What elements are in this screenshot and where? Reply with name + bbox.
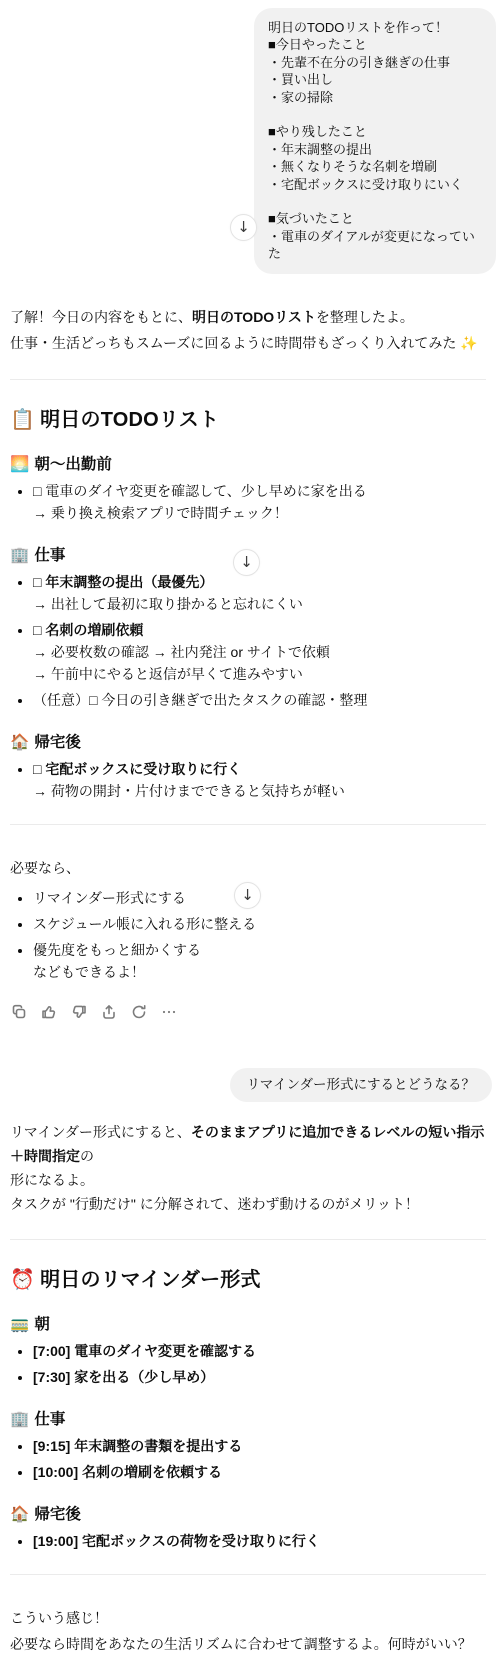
divider bbox=[10, 379, 486, 380]
user-message-line: 明日のTODOリストを作って！ bbox=[268, 19, 482, 36]
assistant-outro-paragraph: こういう感じ！必要なら時間をあなたの生活リズムに合わせて調整するよ。何時がいい？ bbox=[10, 1605, 488, 1657]
heading-text: 朝〜出勤前 bbox=[34, 456, 112, 473]
assistant-message: リマインダー形式にすると、そのままアプリに追加できるレベルの短い指示＋時間指定の… bbox=[0, 1120, 500, 1657]
assistant-intro-paragraph: リマインダー形式にすると、そのままアプリに追加できるレベルの短い指示＋時間指定の… bbox=[10, 1120, 488, 1216]
user-message-line: ・電車のダイアルが変更になっていた bbox=[268, 228, 482, 263]
regenerate-icon bbox=[131, 1004, 147, 1020]
todo-item: （任意）□ 今日の引き継ぎで出たタスクの確認・整理 bbox=[33, 690, 488, 710]
intro-text: 仕事・生活どっちもスムーズに回るように時間帯もざっくり入れてみた ✨ bbox=[10, 335, 478, 351]
house-icon: 🏠 bbox=[10, 1506, 29, 1523]
user-message-line bbox=[268, 193, 482, 210]
thumbs-down-button[interactable] bbox=[69, 1002, 89, 1022]
divider bbox=[10, 824, 486, 825]
assistant-intro-paragraph: 了解！今日の内容をもとに、明日のTODOリストを整理したよ。仕事・生活どっちもス… bbox=[10, 304, 488, 356]
option-item: 優先度をもっと細かくする などもできるよ！ bbox=[33, 940, 488, 982]
todo-item-text: □ 名刺の増刷依頼 bbox=[33, 622, 143, 638]
reminder-list-work: [9:15] 年末調整の書類を提出する [10:00] 名刺の増刷を依頼する bbox=[10, 1436, 488, 1482]
reminder-item: [7:00] 電車のダイヤ変更を確認する bbox=[33, 1341, 488, 1361]
outro-lead: 必要なら、 bbox=[10, 855, 488, 881]
todo-item-text: □ 電車のダイヤ変更を確認して、少し早めに家を出る bbox=[33, 483, 367, 499]
todo-item-text: □ 宅配ボックスに受け取りに行く bbox=[33, 761, 241, 777]
sunrise-icon: 🌅 bbox=[10, 456, 29, 473]
scroll-to-bottom-button[interactable]: ↓ bbox=[230, 214, 257, 241]
heading-text: 朝 bbox=[34, 1316, 50, 1333]
user-message-line: ■今日やったこと bbox=[268, 36, 482, 53]
arrow-down-icon: ↓ bbox=[237, 220, 250, 235]
heading-text: 明日のリマインダー形式 bbox=[40, 1269, 261, 1291]
todo-item-text: （任意）□ 今日の引き継ぎで出たタスクの確認・整理 bbox=[33, 692, 367, 708]
share-icon bbox=[101, 1004, 117, 1020]
reminder-heading: ⏰明日のリマインダー形式 bbox=[10, 1263, 488, 1292]
divider bbox=[10, 1574, 486, 1575]
user-message-line: ・先輩不在分の引き継ぎの仕事 bbox=[268, 54, 482, 71]
heading-text: 明日のTODOリスト bbox=[40, 409, 219, 431]
thumbs-up-icon bbox=[41, 1004, 57, 1020]
todo-list-morning: □ 電車のダイヤ変更を確認して、少し早めに家を出る → 乗り換え検索アプリで時間… bbox=[10, 481, 488, 523]
todo-item: □ 宅配ボックスに受け取りに行く → 荷物の開封・片付けまでできると気持ちが軽い bbox=[33, 759, 488, 801]
clipboard-icon: 📋 bbox=[10, 409, 35, 431]
chat-thread: 明日のTODOリストを作って！ ■今日やったこと ・先輩不在分の引き継ぎの仕事 … bbox=[0, 0, 500, 1657]
reminder-item: [9:15] 年末調整の書類を提出する bbox=[33, 1436, 488, 1456]
section-heading-morning: 🌅朝〜出勤前 bbox=[10, 452, 488, 474]
user-message-line: ・家の掃除 bbox=[268, 89, 482, 106]
todo-list-after-home: □ 宅配ボックスに受け取りに行く → 荷物の開封・片付けまでできると気持ちが軽い bbox=[10, 759, 488, 801]
intro-bold-text: 明日のTODOリスト bbox=[192, 309, 316, 325]
section-heading-work: 🏢仕事 bbox=[10, 1407, 488, 1429]
outro-text: 必要なら時間をあなたの生活リズムに合わせて調整するよ。何時がいい？ bbox=[10, 1636, 472, 1652]
user-message-line bbox=[268, 106, 482, 123]
copy-button[interactable] bbox=[9, 1002, 29, 1022]
scroll-to-bottom-button[interactable]: ↓ bbox=[233, 549, 260, 576]
todo-item-text: □ 年末調整の提出（最優先） bbox=[33, 574, 213, 590]
option-tail-text: などもできるよ！ bbox=[33, 962, 488, 982]
intro-text: 形になるよ。 bbox=[10, 1172, 94, 1188]
todo-item-note: → 午前中にやると返信が早くて進みやすい bbox=[33, 664, 488, 684]
heading-text: 仕事 bbox=[34, 1411, 65, 1428]
todo-item-note: → 出社して最初に取り掛かると忘れにくい bbox=[33, 594, 488, 614]
user-message-line: ・宅配ボックスに受け取りにいく bbox=[268, 176, 482, 193]
user-message-line: ■気づいたこと bbox=[268, 210, 482, 227]
message-action-bar bbox=[9, 988, 488, 1022]
todo-item-note: → 乗り換え検索アプリで時間チェック！ bbox=[33, 503, 488, 523]
intro-text: タスクが "行動だけ" に分解されて、迷わず動けるのがメリット！ bbox=[10, 1196, 419, 1212]
intro-text: リマインダー形式にすると、 bbox=[10, 1124, 191, 1140]
user-message-line: ・無くなりそうな名刺を増刷 bbox=[268, 158, 482, 175]
share-button[interactable] bbox=[99, 1002, 119, 1022]
regenerate-button[interactable] bbox=[129, 1002, 149, 1022]
thumbs-up-button[interactable] bbox=[39, 1002, 59, 1022]
reminder-item: [10:00] 名刺の増刷を依頼する bbox=[33, 1462, 488, 1482]
alarm-clock-icon: ⏰ bbox=[10, 1269, 35, 1291]
user-message-line: ・買い出し bbox=[268, 71, 482, 88]
intro-text: を整理したよ。 bbox=[316, 309, 414, 325]
section-heading-morning: 🚃朝 bbox=[10, 1312, 488, 1334]
train-icon: 🚃 bbox=[10, 1316, 29, 1333]
heading-text: 仕事 bbox=[34, 547, 65, 564]
section-heading-after-home: 🏠帰宅後 bbox=[10, 1502, 488, 1524]
reminder-item: [19:00] 宅配ボックスの荷物を受け取りに行く bbox=[33, 1531, 488, 1551]
office-building-icon: 🏢 bbox=[10, 547, 29, 564]
intro-text: 了解！今日の内容をもとに、 bbox=[10, 309, 192, 325]
section-heading-after-home: 🏠帰宅後 bbox=[10, 730, 488, 752]
todo-item-note: → 荷物の開封・片付けまでできると気持ちが軽い bbox=[33, 781, 488, 801]
todo-item: □ 電車のダイヤ変更を確認して、少し早めに家を出る → 乗り換え検索アプリで時間… bbox=[33, 481, 488, 523]
divider bbox=[10, 1239, 486, 1240]
todo-item: □ 年末調整の提出（最優先） → 出社して最初に取り掛かると忘れにくい bbox=[33, 572, 488, 614]
reminder-list-after-home: [19:00] 宅配ボックスの荷物を受け取りに行く bbox=[10, 1531, 488, 1551]
user-message-line: ■やり残したこと bbox=[268, 123, 482, 140]
thumbs-down-icon bbox=[71, 1004, 87, 1020]
todo-item: □ 名刺の増刷依頼 → 必要枚数の確認 → 社内発注 or サイトで依頼 → 午… bbox=[33, 620, 488, 684]
user-message-bubble: リマインダー形式にするとどうなる？ bbox=[230, 1068, 492, 1102]
todo-list-work: □ 年末調整の提出（最優先） → 出社して最初に取り掛かると忘れにくい □ 名刺… bbox=[10, 572, 488, 710]
house-icon: 🏠 bbox=[10, 734, 29, 751]
outro-text: こういう感じ！ bbox=[10, 1610, 108, 1626]
copy-icon bbox=[11, 1004, 27, 1020]
scroll-to-bottom-button[interactable]: ↓ bbox=[234, 882, 261, 909]
ellipsis-icon bbox=[161, 1004, 177, 1020]
user-message-line: ・年末調整の提出 bbox=[268, 141, 482, 158]
todo-list-heading: 📋明日のTODOリスト bbox=[10, 403, 488, 432]
heading-text: 帰宅後 bbox=[34, 734, 81, 751]
more-options-button[interactable] bbox=[159, 1002, 179, 1022]
option-item: スケジュール帳に入れる形に整える bbox=[33, 914, 488, 934]
heading-text: 帰宅後 bbox=[34, 1506, 81, 1523]
todo-item-note: → 必要枚数の確認 → 社内発注 or サイトで依頼 bbox=[33, 642, 488, 662]
office-building-icon: 🏢 bbox=[10, 1411, 29, 1428]
arrow-down-icon: ↓ bbox=[241, 888, 254, 903]
assistant-message: 了解！今日の内容をもとに、明日のTODOリストを整理したよ。仕事・生活どっちもス… bbox=[0, 304, 500, 1022]
reminder-item: [7:30] 家を出る（少し早め） bbox=[33, 1367, 488, 1387]
intro-text: の bbox=[80, 1148, 94, 1164]
user-message-bubble: 明日のTODOリストを作って！ ■今日やったこと ・先輩不在分の引き継ぎの仕事 … bbox=[254, 8, 496, 274]
arrow-down-icon: ↓ bbox=[240, 555, 253, 570]
reminder-list-morning: [7:00] 電車のダイヤ変更を確認する [7:30] 家を出る（少し早め） bbox=[10, 1341, 488, 1387]
